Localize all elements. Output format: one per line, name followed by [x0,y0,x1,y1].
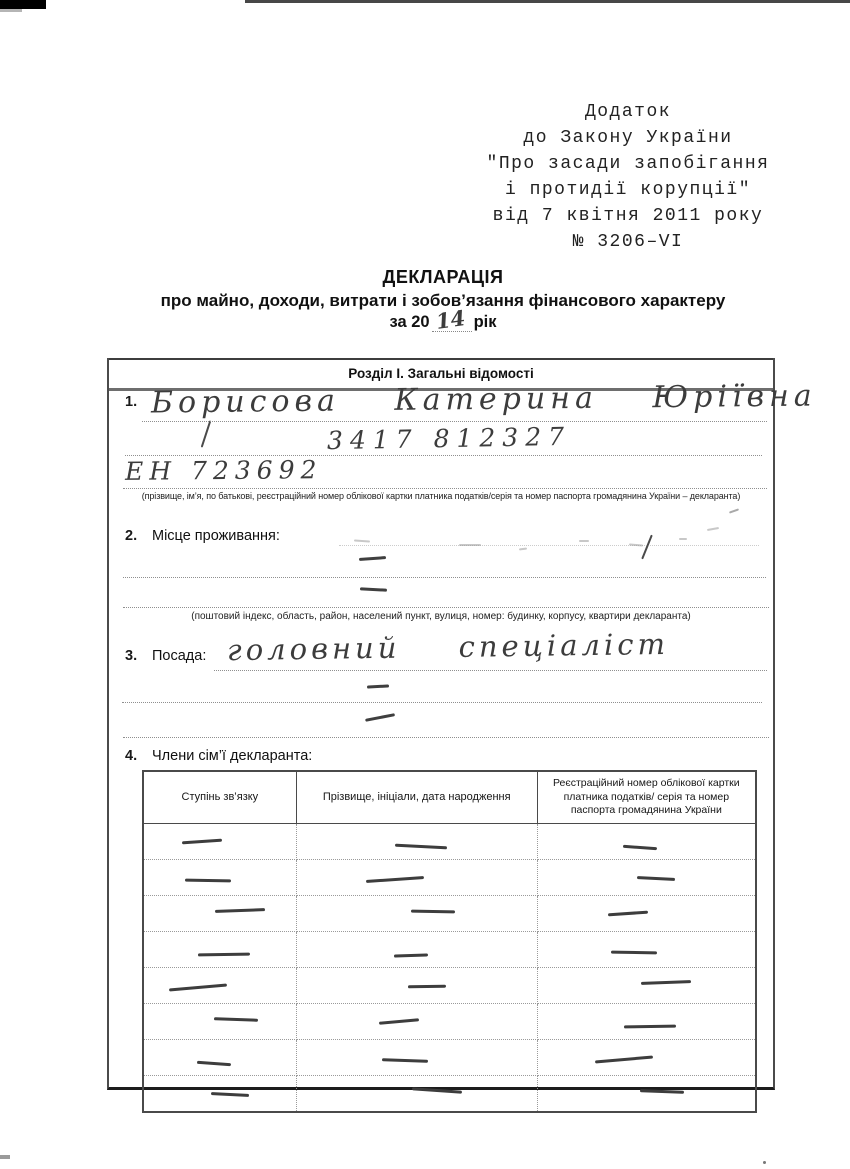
faded-handwriting [707,527,719,531]
scan-artifact-bottom-dot [763,1161,766,1164]
handwritten-dash [395,844,447,850]
year-field: 14 [432,313,472,332]
fill-line [123,737,769,738]
family-table-row [143,824,756,860]
scan-artifact-corner [0,0,46,9]
handwritten-dash [411,910,455,914]
handwritten-dash [366,876,424,883]
handwritten-dash [197,1061,231,1066]
law-note-line: № 3206–VI [398,229,850,255]
handwritten-dash [637,876,675,881]
handwritten-dash [595,1055,653,1063]
handwritten-dash [408,985,446,989]
scan-artifact-bottom-left [0,1155,10,1159]
handwritten-year: 14 [434,305,466,334]
handwritten-dash [640,1089,684,1094]
handwritten-dash [624,1025,676,1029]
item2-label: Місце проживання: [152,528,280,544]
item3-label: Посада: [152,648,206,664]
handwritten-dash [360,587,387,591]
family-table-header-taxid: Реєстраційний номер облікової картки пла… [537,771,756,824]
scanned-declaration-page: Додаток до Закону України "Про засади за… [0,0,850,1169]
family-table-row [143,1040,756,1076]
year-prefix: за 20 [389,313,429,331]
handwritten-dash [185,879,231,883]
handwritten-passport: ЕН 723692 [125,455,323,486]
faded-handwriting [354,539,370,542]
fill-line [123,488,767,489]
law-reference-note: Додаток до Закону України "Про засади за… [398,99,850,255]
handwritten-dash [608,911,648,917]
fill-line [123,577,766,578]
family-table-cell [296,896,537,932]
handwritten-tax-id: 3417 812327 [327,422,571,455]
family-table-header-relation: Ступінь зв’язку [143,771,296,824]
handwritten-dash [365,713,395,721]
family-table-cell [537,1040,756,1076]
fill-line [123,607,769,608]
family-table-cell [296,1076,537,1113]
handwritten-dash [367,684,389,688]
form-frame: Розділ І. Загальні відомості 1. Борисова… [107,358,775,1090]
handwritten-dash [412,1087,462,1093]
family-table-row [143,968,756,1004]
law-note-line: Додаток [398,99,850,125]
family-members-table: Ступінь зв’язку Прізвище, ініціали, дата… [142,770,757,1113]
fill-line [214,670,767,671]
law-note-line: до Закону України [398,125,850,151]
item4-number: 4. [125,748,137,764]
family-table-cell [296,1004,537,1040]
family-table-cell [537,1076,756,1113]
law-note-line: від 7 квітня 2011 року [398,203,850,229]
handwritten-dash [379,1018,419,1024]
faded-handwriting [579,540,589,542]
family-table-cell [537,932,756,968]
family-table-row [143,860,756,896]
family-table-cell [537,824,756,860]
family-table-cell [143,824,296,860]
year-suffix: рік [474,313,497,331]
family-table-cell [296,1040,537,1076]
item3-number: 3. [125,648,137,664]
family-table-row [143,1076,756,1113]
family-table-cell [143,1076,296,1113]
handwritten-dash [211,1092,249,1097]
family-table-cell [296,968,537,1004]
law-note-line: і протидії корупції" [398,177,850,203]
scan-artifact-corner-tail [0,9,22,12]
handwritten-dash [214,1017,258,1022]
family-table-cell [537,896,756,932]
family-table-cell [143,1040,296,1076]
family-table-cell [537,968,756,1004]
family-table-header-row: Ступінь зв’язку Прізвище, ініціали, дата… [143,771,756,824]
family-table-cell [143,860,296,896]
item1-caption: (прізвище, ім’я, по батькові, реєстрацій… [109,491,773,501]
handwriting-flourish [201,420,212,447]
document-title: ДЕКЛАРАЦІЯ про майно, доходи, витрати і … [38,267,848,332]
family-table-cell [143,1004,296,1040]
law-note-line: "Про засади запобігання [398,151,850,177]
scan-artifact-top-line [245,0,850,3]
family-table-header-name: Прізвище, ініціали, дата народження [296,771,537,824]
handwritten-name: Борисова Катерина Юріївна [151,379,817,421]
handwritten-position: головний спеціаліст [227,627,669,667]
family-table-cell [143,932,296,968]
family-table-row [143,1004,756,1040]
handwritten-dash [394,953,428,957]
fill-line [142,421,767,422]
family-table-cell [143,896,296,932]
title-year-line: за 2014рік [38,313,848,332]
handwriting-stroke [641,535,653,560]
fill-line [122,702,762,703]
faded-handwriting [679,538,687,540]
faded-handwriting [519,547,527,550]
family-table-cell [296,860,537,896]
handwritten-dash [182,839,222,845]
handwritten-dash [359,556,386,560]
family-table-cell [296,824,537,860]
handwritten-dash [169,983,227,991]
fill-line [339,545,759,546]
item2-caption: (поштовий індекс, область, район, населе… [109,611,773,622]
handwritten-dash [611,951,657,955]
handwritten-dash [382,1058,428,1063]
handwritten-dash [623,845,657,850]
item1-number: 1. [125,394,137,410]
family-table-cell [143,968,296,1004]
handwritten-dash [215,908,265,913]
handwritten-dash [198,953,250,957]
handwriting-tick [729,508,739,513]
family-table-cell [296,932,537,968]
family-table-row [143,896,756,932]
item4-label: Члени сім’ї декларанта: [152,748,312,764]
family-table-cell [537,1004,756,1040]
item2-number: 2. [125,528,137,544]
family-table-row [143,932,756,968]
family-table-cell [537,860,756,896]
title-heading: ДЕКЛАРАЦІЯ [38,267,848,288]
handwritten-dash [641,980,691,985]
